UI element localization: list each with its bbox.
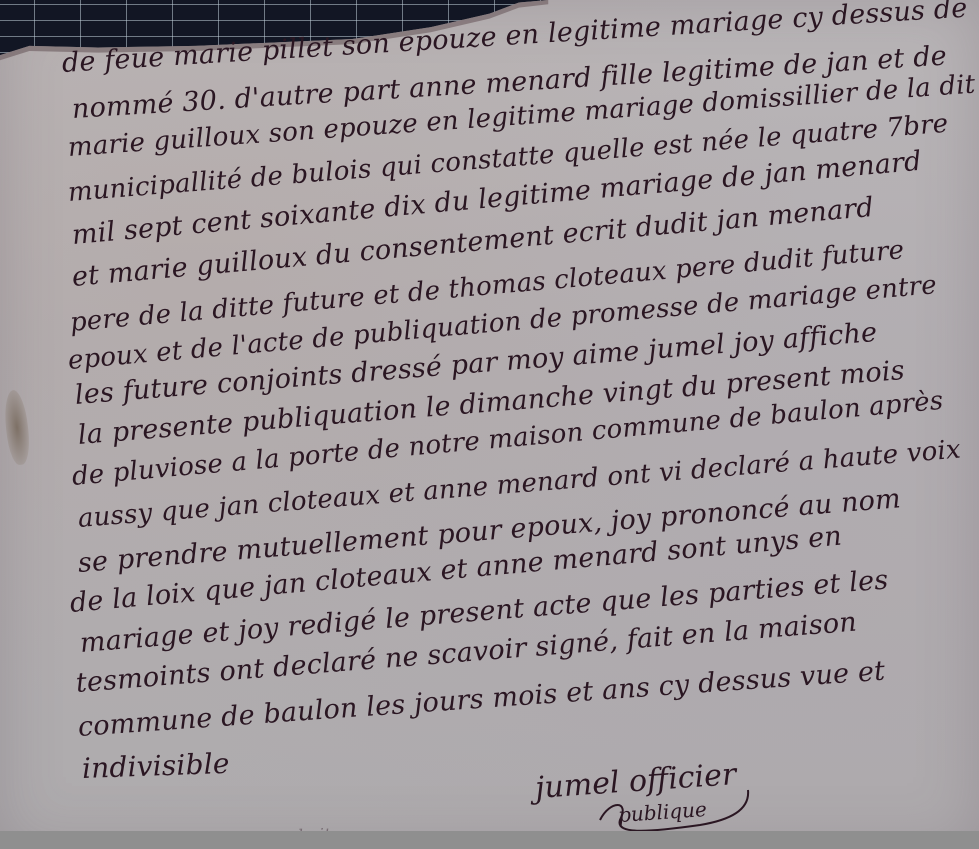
- scan-bottom-border: [0, 831, 979, 849]
- handwritten-line-18: indivisible: [81, 747, 230, 785]
- document-scan: de feue marie pillet son epouze en legit…: [0, 0, 979, 849]
